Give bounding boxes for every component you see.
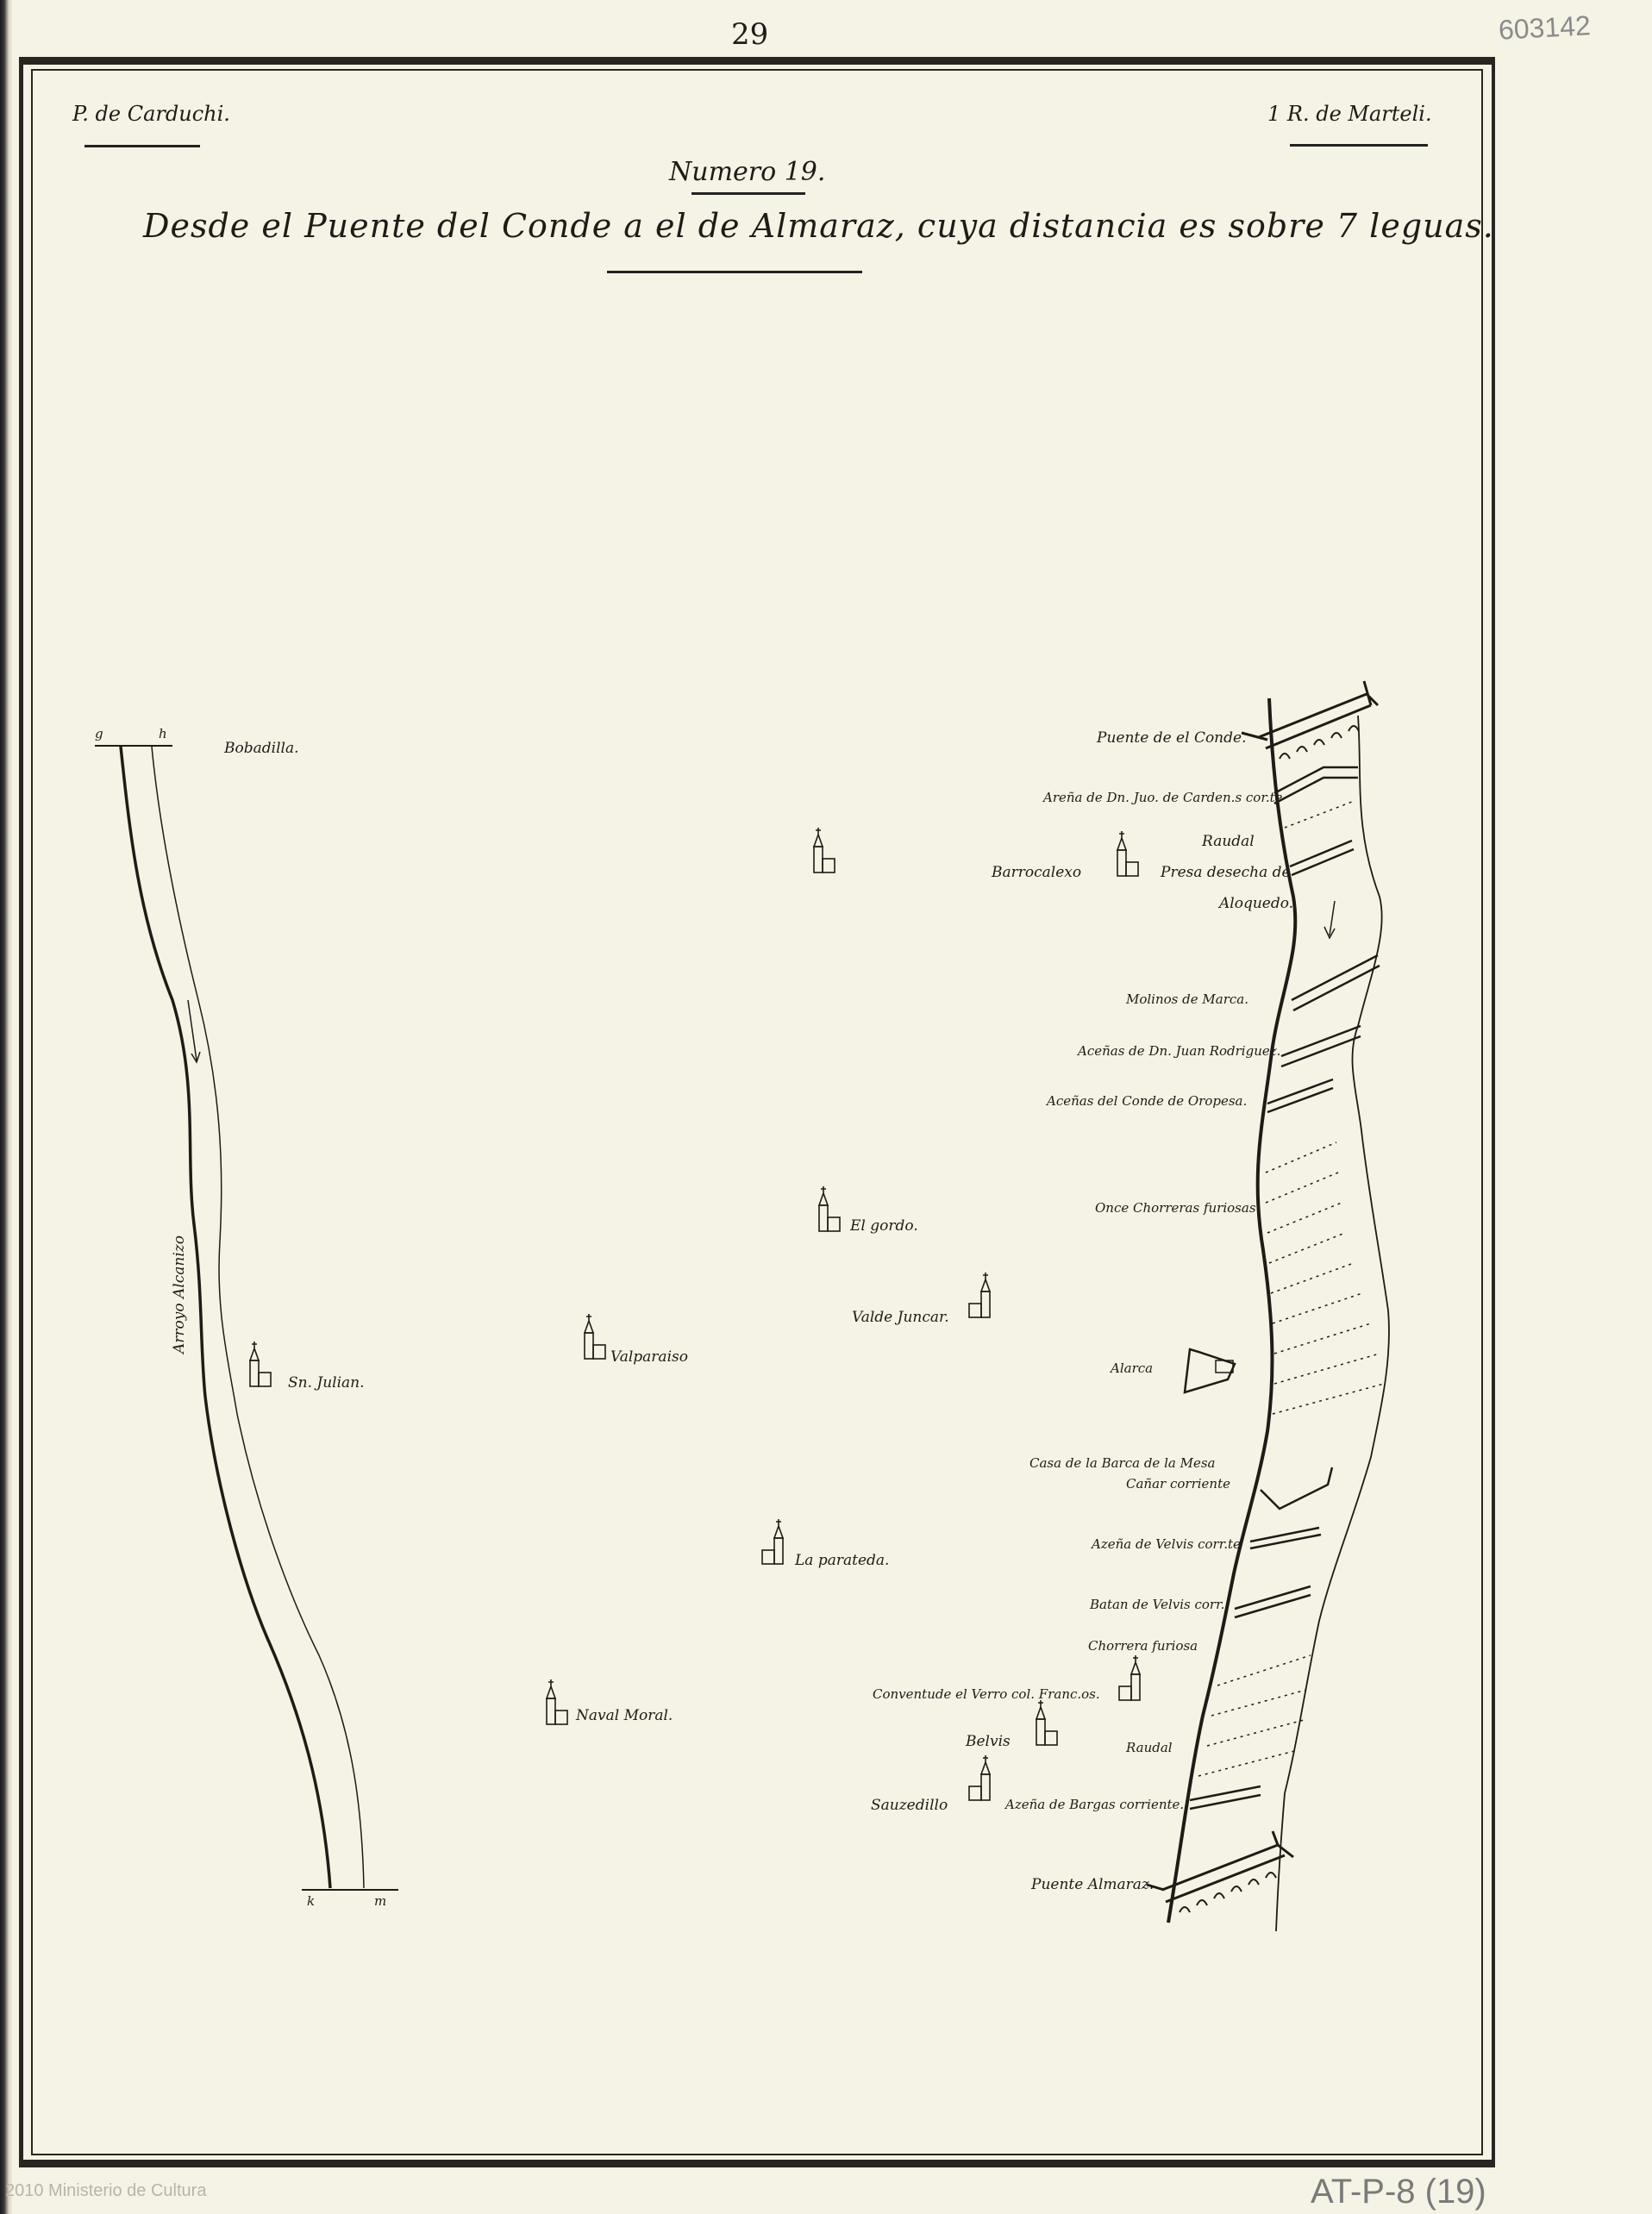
marker-h: h	[159, 726, 167, 741]
church-icon	[966, 1271, 995, 1319]
label-azena-bargas: Azeña de Bargas corriente.	[1005, 1797, 1184, 1812]
label-chorrera-furiosa: Chorrera furiosa	[1088, 1638, 1198, 1654]
label-presa: Presa desecha de	[1161, 864, 1291, 881]
church-icon	[541, 1678, 571, 1726]
footer-credit: 2010 Ministerio de Cultura	[5, 2181, 206, 2201]
label-casa-barca: Casa de la Barca de la Mesa	[1029, 1455, 1215, 1471]
label-azena-velvis: Azeña de Velvis corr.te	[1092, 1536, 1241, 1552]
church-icon	[245, 1340, 274, 1388]
church-icon	[814, 1185, 843, 1233]
label-belvis: Belvis	[966, 1733, 1011, 1750]
church-icon	[966, 1754, 995, 1802]
label-san-julian: Sn. Julian.	[288, 1374, 365, 1392]
label-acenas-oropesa: Aceñas del Conde de Oropesa.	[1047, 1093, 1247, 1109]
call-number: AT-P-8 (19)	[1311, 2173, 1486, 2211]
label-once-chorreras: Once Chorreras furiosas.	[1095, 1200, 1260, 1216]
label-arena-cardenas: Areña de Dn. Juo. de Carden.s cor.te	[1043, 790, 1283, 805]
marker-m: m	[374, 1893, 386, 1909]
label-bobadilla: Bobadilla.	[224, 740, 298, 757]
map-sheet: 29 603142 P. de Carduchi. 1 R. de Martel…	[0, 0, 1652, 2214]
label-naval-moral: Naval Moral.	[576, 1707, 673, 1724]
marker-g: g	[95, 726, 103, 741]
marker-k: k	[307, 1893, 315, 1909]
label-alarca: Alarca	[1111, 1360, 1153, 1376]
label-barrocalexo: Barrocalexo	[992, 864, 1081, 881]
label-batan-velvis: Batan de Velvis corr.	[1090, 1597, 1224, 1612]
label-el-gordo: El gordo.	[850, 1217, 918, 1235]
label-arroyo: Arroyo Alcanizo	[171, 1235, 188, 1354]
label-convento: Conventude el Verro col. Franc.os.	[873, 1686, 1100, 1702]
church-icon	[809, 826, 838, 874]
label-la-parateda: La parateda.	[795, 1552, 889, 1569]
label-sauzedillo: Sauzedillo	[871, 1797, 948, 1814]
label-valparaiso: Valparaiso	[610, 1348, 688, 1366]
label-molinos-marca: Molinos de Marca.	[1126, 991, 1248, 1007]
label-canar: Cañar corriente	[1126, 1476, 1230, 1492]
label-acenas-rodriguez: Aceñas de Dn. Juan Rodriguez.	[1078, 1043, 1280, 1059]
label-puente-conde: Puente de el Conde.	[1097, 729, 1246, 747]
church-icon	[759, 1517, 788, 1566]
church-icon	[1031, 1698, 1061, 1747]
label-aloquedo: Aloquedo.	[1219, 895, 1293, 912]
label-valde-juncar: Valde Juncar.	[852, 1309, 949, 1326]
church-icon	[1116, 1654, 1145, 1702]
label-raudal-1: Raudal	[1202, 833, 1255, 850]
church-icon	[579, 1312, 609, 1360]
label-puente-almaraz: Puente Almaraz.	[1031, 1876, 1154, 1893]
map-linework	[0, 0, 1652, 2214]
church-icon	[1112, 829, 1142, 878]
label-raudal-2: Raudal	[1126, 1740, 1173, 1755]
